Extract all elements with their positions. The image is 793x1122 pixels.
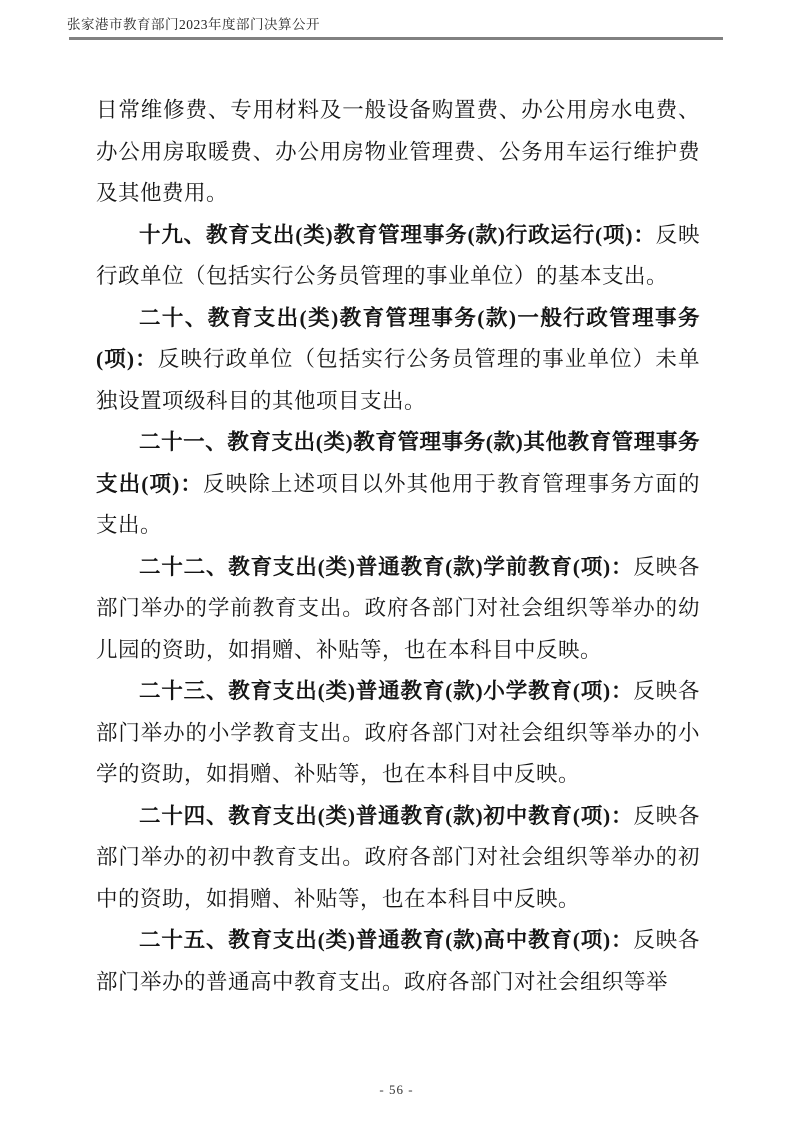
paragraph-lead: 二十四、教育支出(类)普通教育(款)初中教育(项)： xyxy=(139,804,633,828)
header-rule xyxy=(69,37,723,40)
paragraph: 二十二、教育支出(类)普通教育(款)学前教育(项)：反映各部门举办的学前教育支出… xyxy=(96,547,700,672)
paragraph: 二十一、教育支出(类)教育管理事务(款)其他教育管理事务支出(项)：反映除上述项… xyxy=(96,422,700,547)
paragraph: 二十五、教育支出(类)普通教育(款)高中教育(项)：反映各部门举办的普通高中教育… xyxy=(96,920,700,1003)
paragraph-lead: 二十五、教育支出(类)普通教育(款)高中教育(项)： xyxy=(139,928,633,952)
paragraph: 二十三、教育支出(类)普通教育(款)小学教育(项)：反映各部门举办的小学教育支出… xyxy=(96,671,700,796)
header-title: 张家港市教育部门2023年度部门决算公开 xyxy=(67,13,320,33)
paragraph-body: 反映行政单位（包括实行公务员管理的事业单位）未单独设置项级科目的其他项目支出。 xyxy=(96,347,700,413)
page-number: - 56 - xyxy=(0,1082,793,1098)
paragraph: 二十四、教育支出(类)普通教育(款)初中教育(项)：反映各部门举办的初中教育支出… xyxy=(96,796,700,921)
paragraph: 日常维修费、专用材料及一般设备购置费、办公用房水电费、办公用房取暖费、办公用房物… xyxy=(96,90,700,215)
paragraph-lead: 二十二、教育支出(类)普通教育(款)学前教育(项)： xyxy=(139,555,633,579)
paragraph: 二十、教育支出(类)教育管理事务(款)一般行政管理事务(项)：反映行政单位（包括… xyxy=(96,298,700,423)
paragraph-lead: 二十三、教育支出(类)普通教育(款)小学教育(项)： xyxy=(139,679,633,703)
paragraph: 十九、教育支出(类)教育管理事务(款)行政运行(项)：反映行政单位（包括实行公务… xyxy=(96,215,700,298)
paragraph-lead: 十九、教育支出(类)教育管理事务(款)行政运行(项)： xyxy=(139,223,656,247)
document-body: 日常维修费、专用材料及一般设备购置费、办公用房水电费、办公用房取暖费、办公用房物… xyxy=(96,90,700,1003)
paragraph-body: 日常维修费、专用材料及一般设备购置费、办公用房水电费、办公用房取暖费、办公用房物… xyxy=(96,98,700,205)
document-page: 张家港市教育部门2023年度部门决算公开 日常维修费、专用材料及一般设备购置费、… xyxy=(0,0,793,1122)
